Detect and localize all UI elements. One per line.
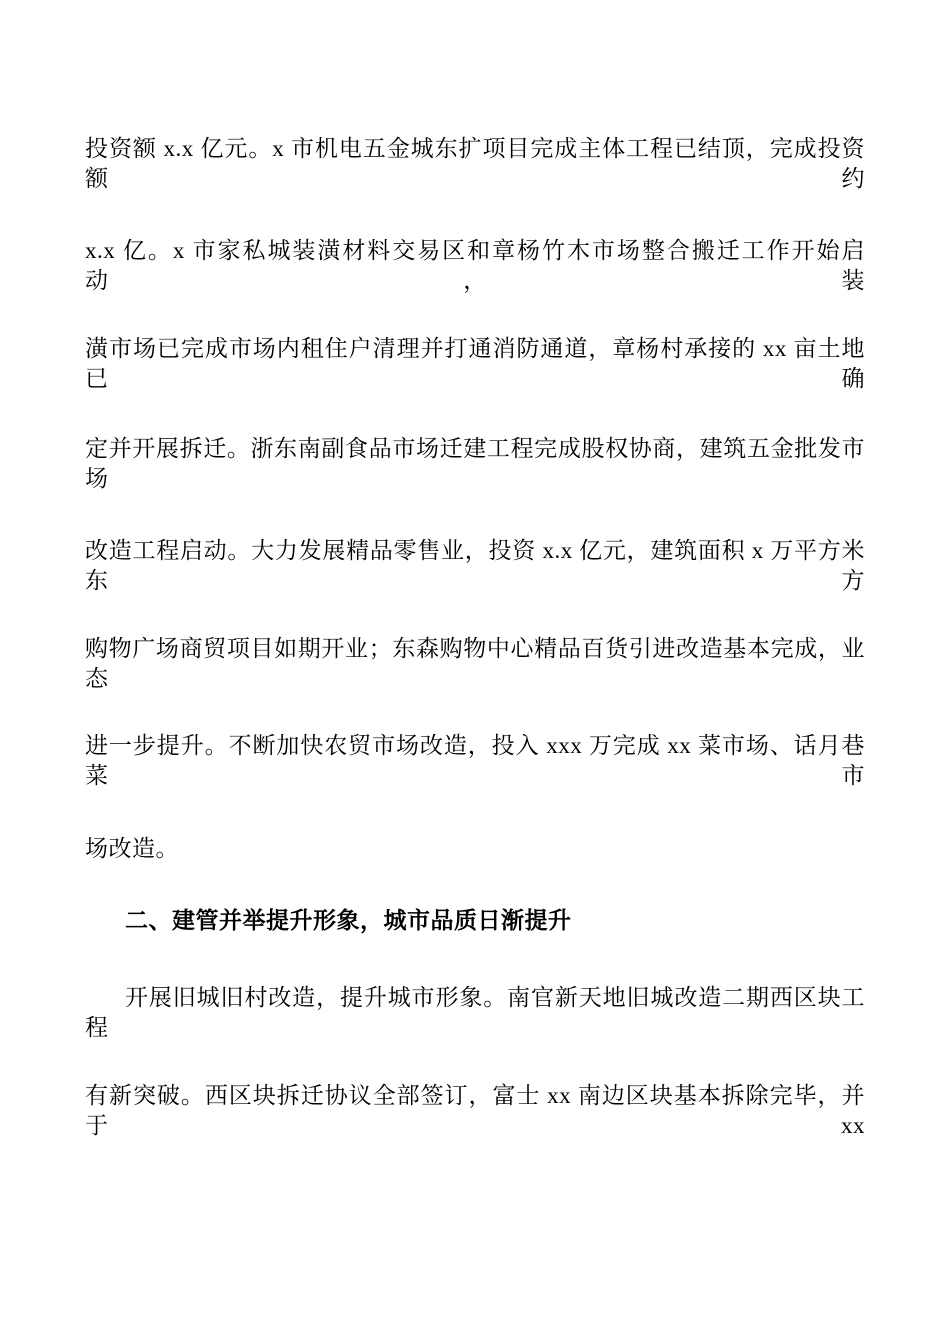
paragraph-last-line: 场改造。: [85, 834, 865, 864]
body-text-line: 进一步提升。不断加快农贸市场改造，投入 xxx 万完成 xx 菜市场、话月巷菜市: [85, 731, 865, 791]
body-text-line: 投资额 x.x 亿元。x 市机电五金城东扩项目完成主体工程已结顶，完成投资额约: [85, 134, 865, 194]
body-text-line: 潢市场已完成市场内租住户清理并打通消防通道，章杨村承接的 xx 亩土地已确: [85, 334, 865, 394]
body-text-line: 开展旧城旧村改造，提升城市形象。南官新天地旧城改造二期西区块工程: [85, 983, 865, 1043]
body-text-line: 改造工程启动。大力发展精品零售业，投资 x.x 亿元，建筑面积 x 万平方米东方: [85, 536, 865, 596]
section-heading: 二、建管并举提升形象，城市品质日渐提升: [85, 906, 865, 936]
document-page: 投资额 x.x 亿元。x 市机电五金城东扩项目完成主体工程已结顶，完成投资额约 …: [0, 0, 950, 1344]
body-text-line: x.x 亿。x 市家私城装潢材料交易区和章杨竹木市场整合搬迁工作开始启动，装: [85, 236, 865, 296]
body-text-line: 有新突破。西区块拆迁协议全部签订，富士 xx 南边区块基本拆除完毕，并于 xx: [85, 1081, 865, 1141]
body-text-line: 购物广场商贸项目如期开业；东森购物中心精品百货引进改造基本完成，业态: [85, 634, 865, 694]
body-text-line: 定并开展拆迁。浙东南副食品市场迁建工程完成股权协商，建筑五金批发市场: [85, 434, 865, 494]
